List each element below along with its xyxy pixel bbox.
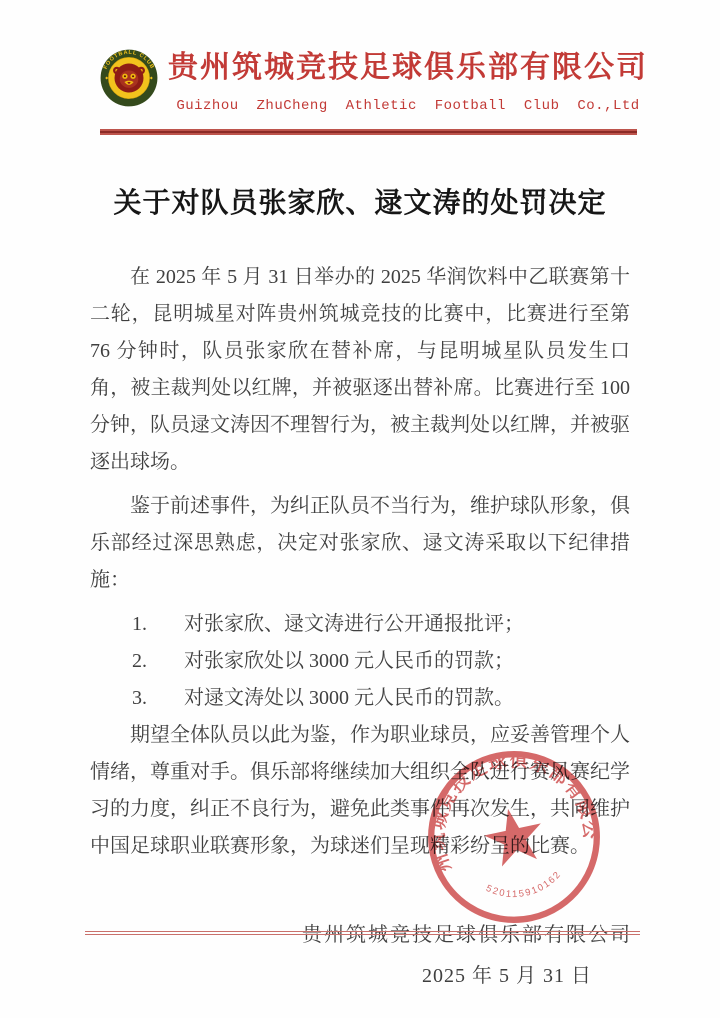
footer-divider [85,931,640,935]
signature-date: 2025 年 5 月 31 日 [0,959,592,988]
club-logo-icon: FOOTBALL CLUB 筑城 GUIZHOU [100,49,158,107]
club-name-english: Guizhou ZhuCheng Athletic Football Club … [168,98,648,114]
official-notice-page: FOOTBALL CLUB 筑城 GUIZHOU 贵州筑城竞技足球俱乐部有限公司 [0,0,720,1018]
list-item-text: 对逯文涛处以 3000 元人民币的罚款。 [184,680,630,717]
letterhead: FOOTBALL CLUB 筑城 GUIZHOU 贵州筑城竞技足球俱乐部有限公司 [100,0,635,114]
svg-text:520115910162: 520115910162 [482,867,567,907]
paragraph-closing: 期望全体队员以此为鉴，作为职业球员，应妥善管理个人情绪，尊重对手。俱乐部将继续加… [90,717,630,865]
seal-serial-number: 520115910162 [482,867,567,907]
header-divider [100,129,637,135]
paragraph-decision-intro: 鉴于前述事件，为纠正队员不当行为，维护球队形象，俱乐部经过深思熟虑，决定对张家欣… [90,488,630,599]
list-item: 1. 对张家欣、逯文涛进行公开通报批评； [90,606,630,643]
letterhead-text: 贵州筑城竞技足球俱乐部有限公司 Guizhou ZhuCheng Athleti… [168,42,648,114]
document-body: 在 2025 年 5 月 31 日举办的 2025 华润饮料中乙联赛第十二轮，昆… [90,259,630,865]
paragraph-incident: 在 2025 年 5 月 31 日举办的 2025 华润饮料中乙联赛第十二轮，昆… [90,259,630,481]
club-name-chinese: 贵州筑城竞技足球俱乐部有限公司 [168,42,648,86]
document-title: 关于对队员张家欣、逯文涛的处罚决定 [0,181,720,221]
list-item-text: 对张家欣、逯文涛进行公开通报批评； [184,606,630,643]
list-item-number: 2. [132,643,184,680]
list-item-text: 对张家欣处以 3000 元人民币的罚款； [184,643,630,680]
list-item-number: 1. [132,606,184,643]
list-item: 3. 对逯文涛处以 3000 元人民币的罚款。 [90,680,630,717]
penalty-list: 1. 对张家欣、逯文涛进行公开通报批评； 2. 对张家欣处以 3000 元人民币… [90,606,630,717]
list-item-number: 3. [132,680,184,717]
list-item: 2. 对张家欣处以 3000 元人民币的罚款； [90,643,630,680]
